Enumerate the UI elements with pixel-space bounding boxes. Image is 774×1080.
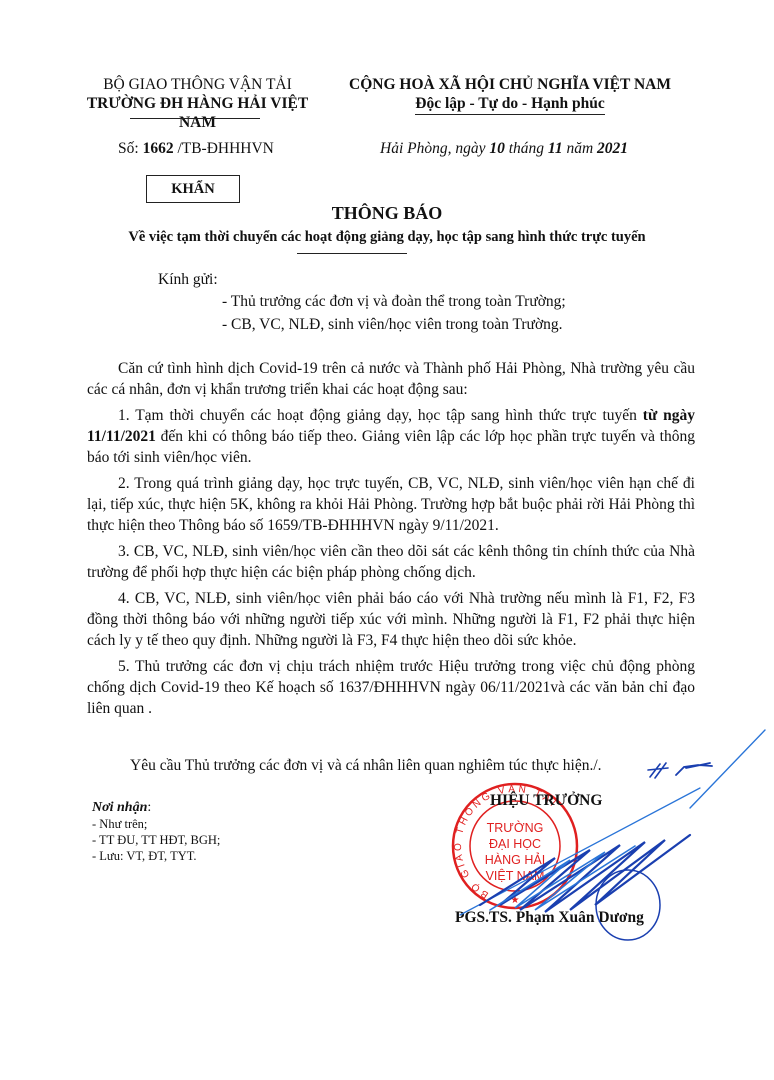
signature-scribble-icon [0, 0, 774, 1080]
